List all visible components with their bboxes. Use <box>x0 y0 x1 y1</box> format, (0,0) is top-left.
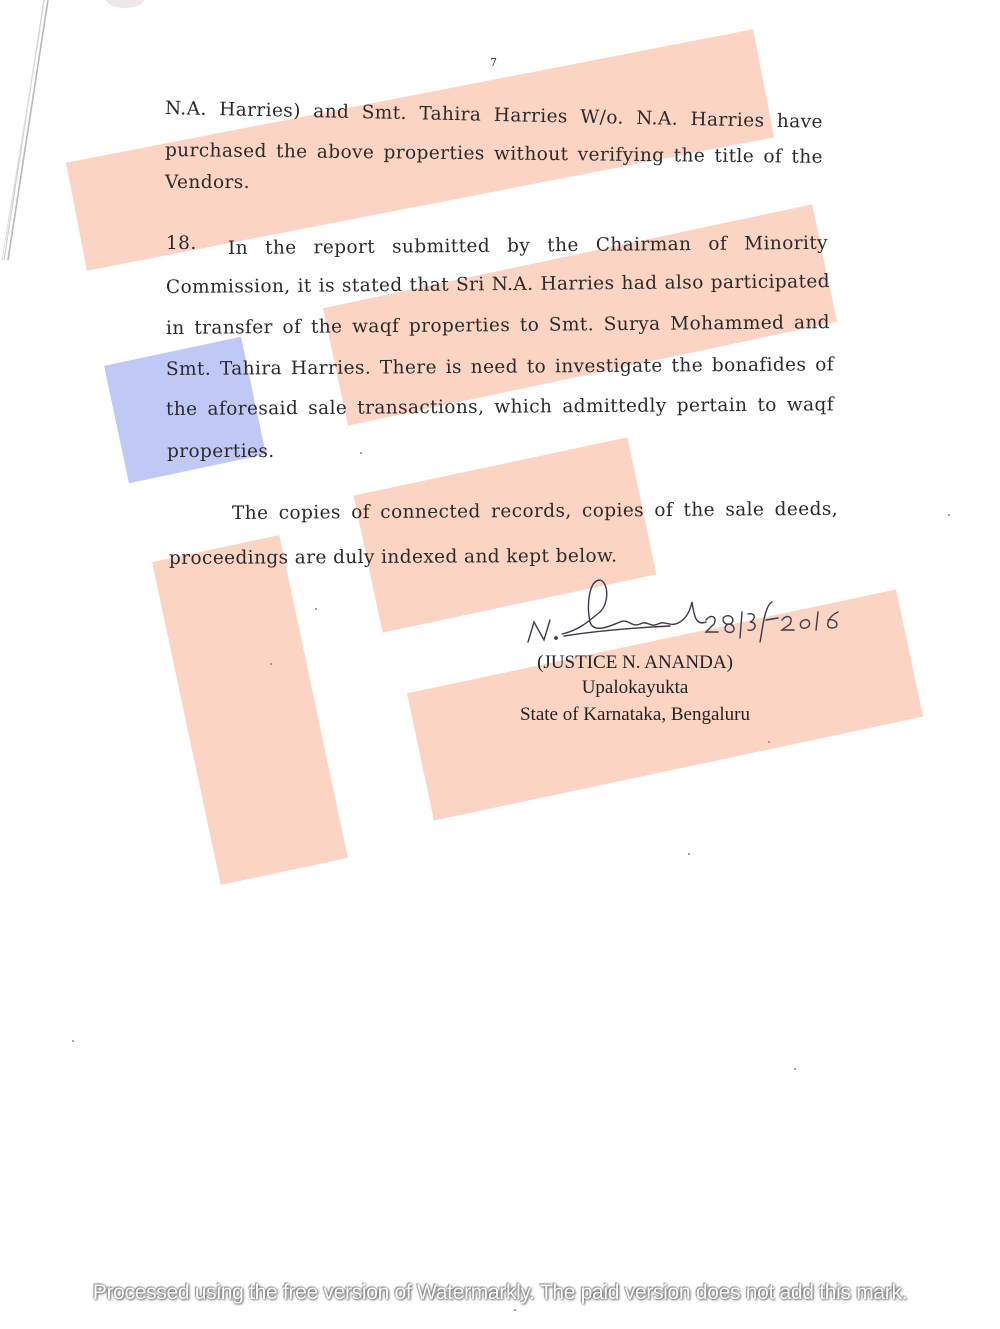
scan-speck <box>514 1309 516 1311</box>
scan-speck <box>360 452 362 454</box>
scan-speck <box>270 663 272 665</box>
text-line: The copies of connected records, copies … <box>232 499 838 524</box>
text-line: the aforesaid sale transactions, which a… <box>166 394 834 420</box>
paragraph-number: 18. <box>166 233 197 254</box>
corner-smudge <box>105 0 145 8</box>
handwritten-signature <box>520 572 860 652</box>
overlay-column-left <box>152 535 348 885</box>
watermark-notice: Processed using the free version of Wate… <box>0 1281 1000 1305</box>
signatory-office: State of Karnataka, Bengaluru <box>475 704 795 726</box>
text-line: Vendors. <box>165 172 250 193</box>
signatory-title: Upalokayukta <box>505 677 765 699</box>
scan-speck <box>315 608 317 610</box>
page-edge-shadow <box>0 0 60 260</box>
text-line: properties. <box>167 441 275 462</box>
scan-speck <box>948 514 950 516</box>
scan-speck <box>768 741 770 743</box>
scan-speck <box>688 853 690 855</box>
text-line: proceedings are duly indexed and kept be… <box>169 546 617 569</box>
scan-speck <box>794 1068 796 1070</box>
page-number: 7 <box>490 56 497 69</box>
signatory-name: (JUSTICE N. ANANDA) <box>505 652 765 674</box>
scan-speck <box>72 1040 74 1042</box>
text-line: Smt. Tahira Harries. There is need to in… <box>166 354 834 380</box>
